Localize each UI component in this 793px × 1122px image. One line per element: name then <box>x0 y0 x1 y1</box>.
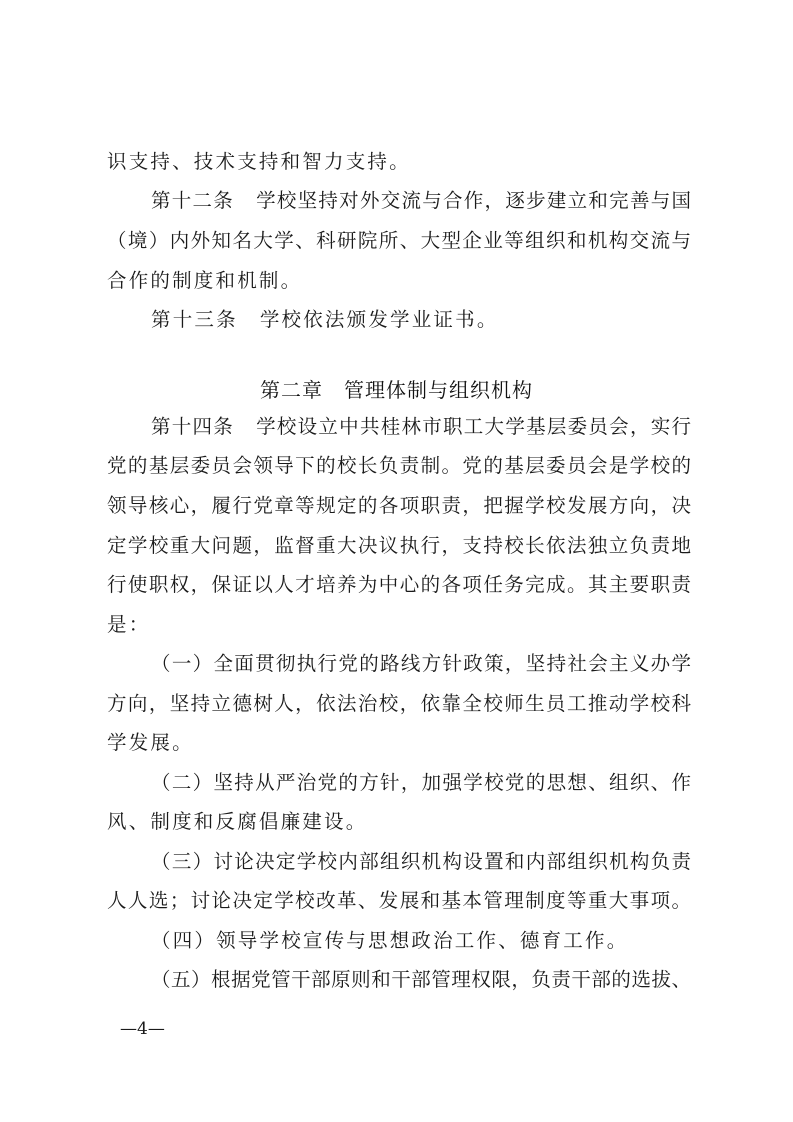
item-3-line-1: （三）讨论决定学校内部组织机构设置和内部组织机构负责 <box>151 849 691 875</box>
article-12-line-1: 第十二条学校坚持对外交流与合作，逐步建立和完善与国 <box>151 188 691 214</box>
paragraph-line: 方向，坚持立德树人，依法治校，依靠全校师生员工推动学校科 <box>107 691 691 717</box>
item-1-line-1: （一）全面贯彻执行党的路线方针政策，坚持社会主义办学 <box>151 651 691 677</box>
paragraph-line: （境）内外知名大学、科研院所、大型企业等组织和机构交流与 <box>107 228 691 254</box>
paragraph-line: 学发展。 <box>107 730 691 756</box>
page-number: —4— <box>120 1018 165 1040</box>
paragraph-line: 是： <box>107 612 691 638</box>
article-text: 学校设立中共桂林市职工大学基层委员会，实行 <box>256 415 691 438</box>
paragraph-line: 党的基层委员会领导下的校长负责制。党的基层委员会是学校的 <box>107 453 691 479</box>
paragraph-line: 领导核心，履行党章等规定的各项职责，把握学校发展方向，决 <box>107 493 691 519</box>
article-label: 第十四条 <box>151 415 234 438</box>
paragraph-line: 识支持、技术支持和智力支持。 <box>107 149 691 175</box>
item-5-line-1: （五）根据党管干部原则和干部管理权限，负责干部的选拔、 <box>151 967 691 993</box>
item-2-line-1: （二）坚持从严治党的方针，加强学校党的思想、组织、作 <box>151 770 691 796</box>
paragraph-line: 行使职权，保证以人才培养为中心的各项任务完成。其主要职责 <box>107 572 691 598</box>
document-page: 识支持、技术支持和智力支持。 第十二条学校坚持对外交流与合作，逐步建立和完善与国… <box>0 0 793 1122</box>
paragraph-line: 风、制度和反腐倡廉建设。 <box>107 809 691 835</box>
article-label: 第十三条 <box>151 308 238 331</box>
article-text: 学校坚持对外交流与合作，逐步建立和完善与国 <box>256 189 691 212</box>
paragraph-line: 合作的制度和机制。 <box>107 268 691 294</box>
item-4-line: （四）领导学校宣传与思想政治工作、德育工作。 <box>151 928 691 954</box>
article-14-line-1: 第十四条学校设立中共桂林市职工大学基层委员会，实行 <box>151 414 691 440</box>
chapter-heading: 第二章 管理体制与组织机构 <box>0 376 793 404</box>
paragraph-line: 人人选；讨论决定学校改革、发展和基本管理制度等重大事项。 <box>107 888 691 914</box>
article-text: 学校依法颁发学业证书。 <box>260 308 499 331</box>
article-label: 第十二条 <box>151 189 234 212</box>
paragraph-line: 定学校重大问题，监督重大决议执行，支持校长依法独立负责地 <box>107 533 691 559</box>
article-13-line: 第十三条学校依法颁发学业证书。 <box>151 307 691 333</box>
